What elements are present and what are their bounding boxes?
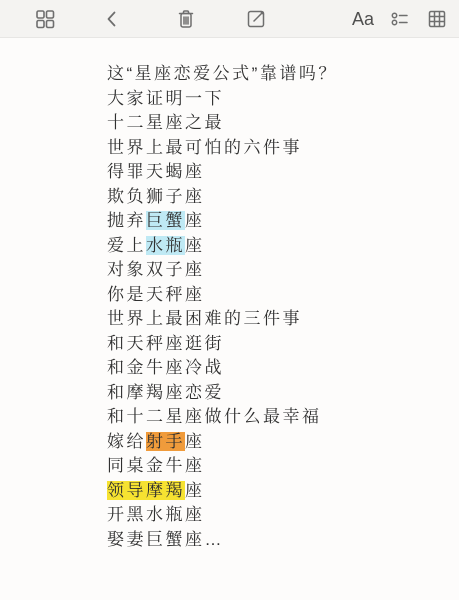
note-line: 和摩羯座恋爱 bbox=[107, 381, 439, 406]
text-segment: 娶妻巨蟹座… bbox=[107, 530, 224, 549]
note-line: 对象双子座 bbox=[107, 258, 439, 283]
text-segment: 大家证明一下 bbox=[107, 89, 224, 108]
compose-icon bbox=[245, 8, 267, 30]
text-segment: 和金牛座冷战 bbox=[107, 358, 224, 377]
note-line: 爱上水瓶座 bbox=[107, 234, 439, 259]
note-line: 开黑水瓶座 bbox=[107, 503, 439, 528]
note-content[interactable]: 这“星座恋爱公式”靠谱吗？大家证明一下十二星座之最世界上最可怕的六件事得罪天蝎座… bbox=[0, 38, 459, 552]
note-line: 大家证明一下 bbox=[107, 87, 439, 112]
note-line: 十二星座之最 bbox=[107, 111, 439, 136]
text-segment: 对象双子座 bbox=[107, 260, 205, 279]
table-icon bbox=[426, 8, 448, 30]
text-segment: 座 bbox=[185, 432, 205, 451]
note-line: 娶妻巨蟹座… bbox=[107, 528, 439, 553]
note-line: 抛弃巨蟹座 bbox=[107, 209, 439, 234]
text-segment: 欺负狮子座 bbox=[107, 187, 205, 206]
table-button[interactable] bbox=[423, 6, 451, 32]
toolbar: Aa bbox=[0, 0, 459, 38]
highlighted-text: 水瓶 bbox=[146, 236, 185, 255]
trash-icon bbox=[175, 8, 197, 30]
note-line: 领导摩羯座 bbox=[107, 479, 439, 504]
checklist-button[interactable] bbox=[386, 6, 414, 32]
text-segment: 开黑水瓶座 bbox=[107, 505, 205, 524]
note-line: 同桌金牛座 bbox=[107, 454, 439, 479]
text-segment: 和天秤座逛街 bbox=[107, 334, 224, 353]
text-segment: 和摩羯座恋爱 bbox=[107, 383, 224, 402]
note-line: 得罪天蝎座 bbox=[107, 160, 439, 185]
note-line: 和金牛座冷战 bbox=[107, 356, 439, 381]
text-segment: 抛弃 bbox=[107, 211, 146, 230]
text-segment: 爱上 bbox=[107, 236, 146, 255]
highlighted-text: 领导摩羯 bbox=[107, 481, 185, 500]
note-line: 和十二星座做什么最幸福 bbox=[107, 405, 439, 430]
text-segment: 十二星座之最 bbox=[107, 113, 224, 132]
text-segment: 世界上最困难的三件事 bbox=[107, 309, 302, 328]
note-line: 欺负狮子座 bbox=[107, 185, 439, 210]
chevron-left-icon bbox=[102, 9, 122, 29]
text-segment: 同桌金牛座 bbox=[107, 456, 205, 475]
checklist-icon bbox=[389, 8, 411, 30]
note-line: 这“星座恋爱公式”靠谱吗？ bbox=[107, 62, 439, 87]
delete-button[interactable] bbox=[172, 6, 200, 32]
grid-view-button[interactable] bbox=[31, 6, 59, 32]
back-button[interactable] bbox=[98, 6, 126, 32]
text-segment: 座 bbox=[185, 481, 205, 500]
note-line: 世界上最可怕的六件事 bbox=[107, 136, 439, 161]
compose-button[interactable] bbox=[242, 6, 270, 32]
text-segment: 你是天秤座 bbox=[107, 285, 205, 304]
text-segment: 得罪天蝎座 bbox=[107, 162, 205, 181]
grid-icon bbox=[34, 8, 56, 30]
note-line: 你是天秤座 bbox=[107, 283, 439, 308]
text-segment: 座 bbox=[185, 211, 205, 230]
note-line: 和天秤座逛街 bbox=[107, 332, 439, 357]
text-segment: 世界上最可怕的六件事 bbox=[107, 138, 302, 157]
text-segment: 座 bbox=[185, 236, 205, 255]
note-line: 世界上最困难的三件事 bbox=[107, 307, 439, 332]
highlighted-text: 巨蟹 bbox=[146, 211, 185, 230]
text-segment: 嫁给 bbox=[107, 432, 146, 451]
text-segment: 这“星座恋爱公式”靠谱吗？ bbox=[107, 64, 338, 83]
text-format-icon: Aa bbox=[352, 10, 374, 28]
highlighted-text: 射手 bbox=[146, 432, 185, 451]
text-format-button[interactable]: Aa bbox=[349, 6, 377, 32]
text-segment: 和十二星座做什么最幸福 bbox=[107, 407, 322, 426]
note-body: 这“星座恋爱公式”靠谱吗？大家证明一下十二星座之最世界上最可怕的六件事得罪天蝎座… bbox=[107, 62, 439, 552]
note-line: 嫁给射手座 bbox=[107, 430, 439, 455]
